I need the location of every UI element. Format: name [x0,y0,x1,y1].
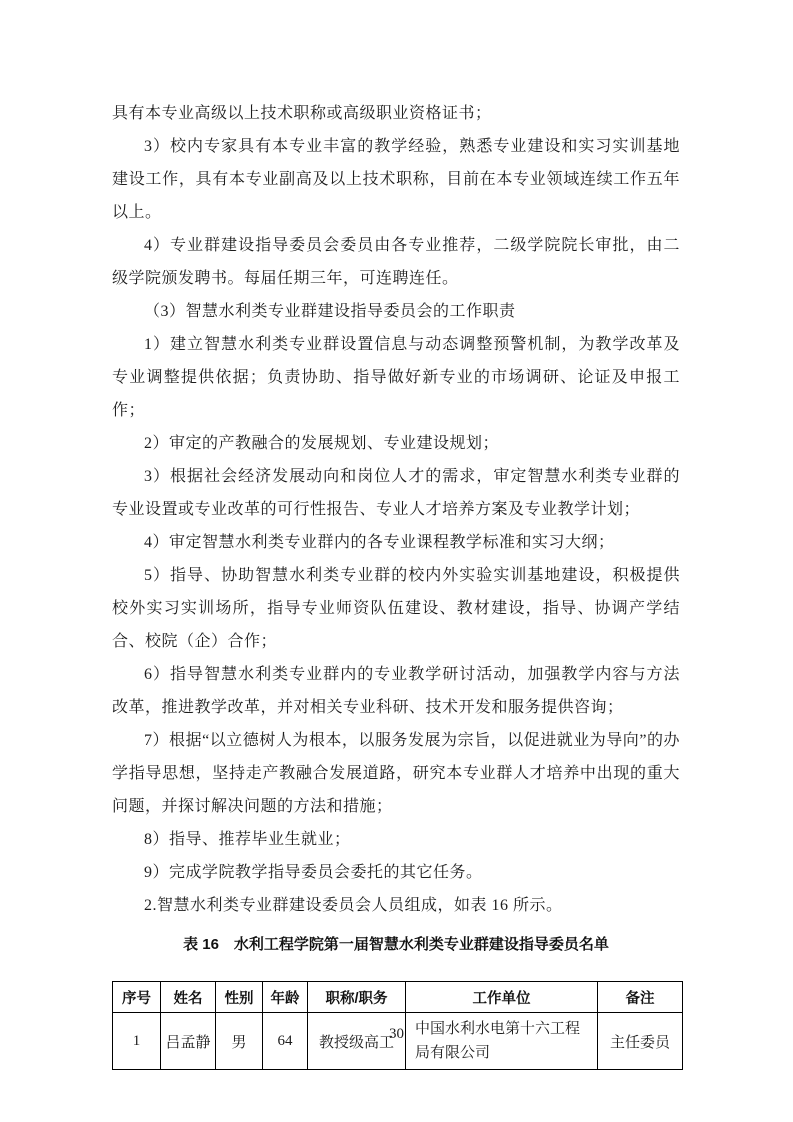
paragraph: 4）专业群建设指导委员会委员由各专业推荐，二级学院院长审批，由二级学院颁发聘书。… [112,229,680,295]
paragraph: 5）指导、协助智慧水利类专业群的校内外实验实训基地建设，积极提供校外实习实训场所… [112,559,680,658]
page-number: 30 [0,1026,793,1043]
column-header-workplace: 工作单位 [406,982,598,1013]
table-header-row: 序号 姓名 性别 年龄 职称/职务 工作单位 备注 [113,982,683,1013]
document-page: 具有本专业高级以上技术职称或高级职业资格证书； 3）校内专家具有本专业丰富的教学… [0,0,793,1122]
paragraph: 7）根据“以立德树人为根本，以服务发展为宗旨，以促进就业为导向”的办学指导思想，… [112,724,680,823]
column-header-remark: 备注 [598,982,683,1013]
paragraph: 具有本专业高级以上技术职称或高级职业资格证书； [112,97,680,130]
paragraph: 4）审定智慧水利类专业群内的各专业课程教学标准和实习大纲； [112,526,680,559]
column-header-gender: 性别 [216,982,263,1013]
paragraph: （3）智慧水利类专业群建设指导委员会的工作职责 [112,295,680,328]
table-caption: 表 16 水利工程学院第一届智慧水利类专业群建设指导委员名单 [112,928,680,961]
paragraph: 3）根据社会经济发展动向和岗位人才的需求，审定智慧水利类专业群的专业设置或专业改… [112,460,680,526]
paragraph: 9）完成学院教学指导委员会委托的其它任务。 [112,856,680,889]
column-header-title: 职称/职务 [308,982,406,1013]
paragraph: 1）建立智慧水利类专业群设置信息与动态调整预警机制，为教学改革及专业调整提供依据… [112,328,680,427]
column-header-name: 姓名 [161,982,216,1013]
page-content: 具有本专业高级以上技术职称或高级职业资格证书； 3）校内专家具有本专业丰富的教学… [112,97,680,1070]
paragraph: 3）校内专家具有本专业丰富的教学经验，熟悉专业建设和实习实训基地建设工作，具有本… [112,130,680,229]
paragraph: 6）指导智慧水利类专业群内的专业教学研讨活动，加强教学内容与方法改革，推进教学改… [112,658,680,724]
paragraph: 2.智慧水利类专业群建设委员会人员组成，如表 16 所示。 [112,889,680,922]
column-header-index: 序号 [113,982,161,1013]
paragraph: 2）审定的产教融合的发展规划、专业建设规划； [112,427,680,460]
column-header-age: 年龄 [263,982,308,1013]
paragraph: 8）指导、推荐毕业生就业； [112,823,680,856]
